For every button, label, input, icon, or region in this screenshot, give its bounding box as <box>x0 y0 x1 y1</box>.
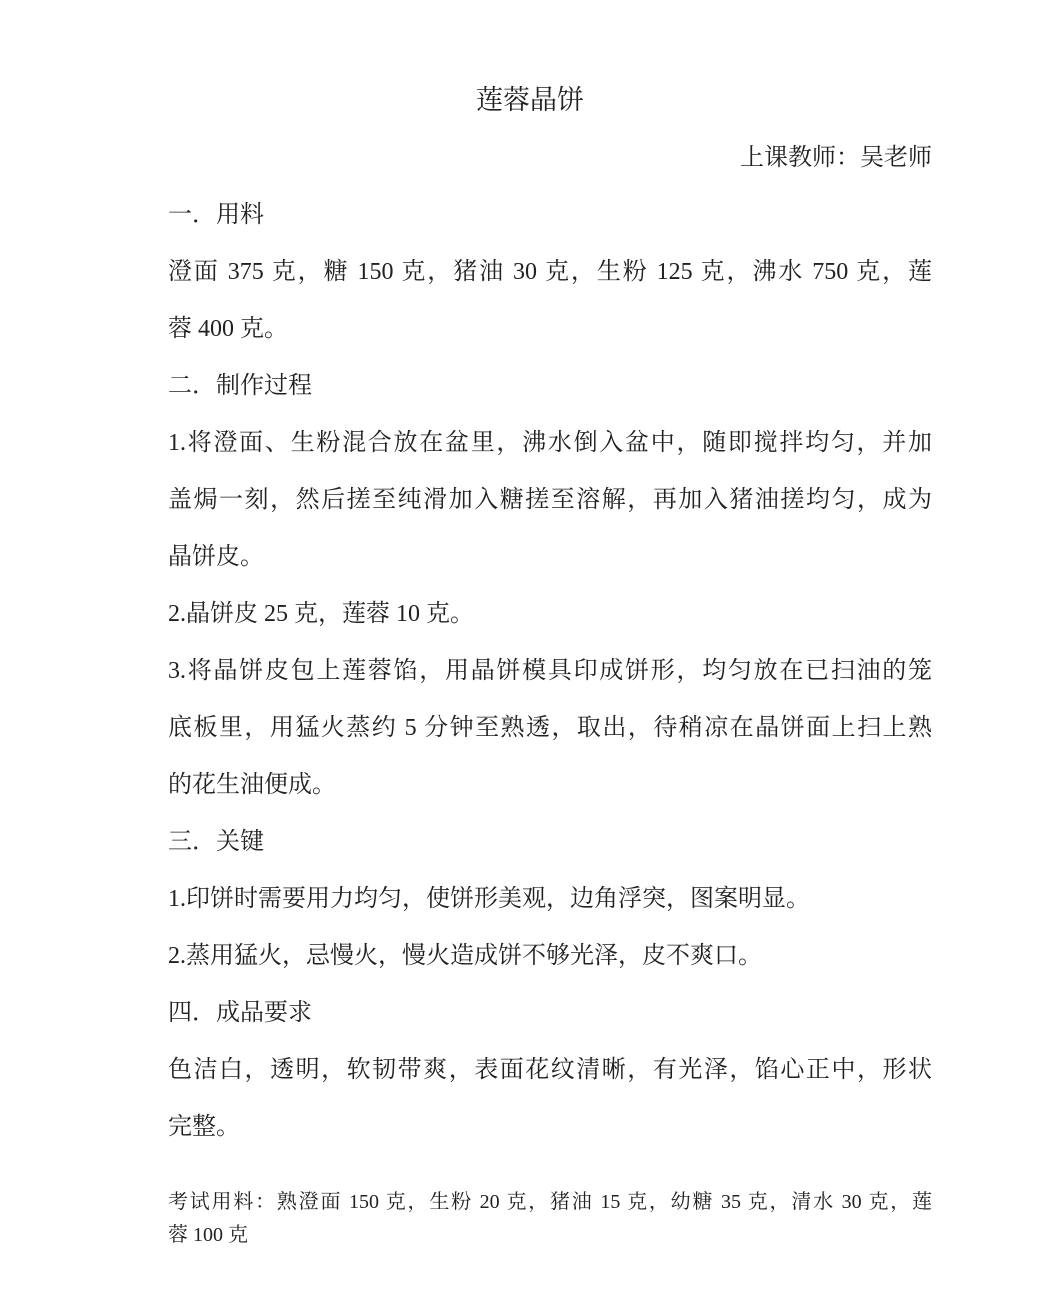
paragraph-step-1: 1.将澄面、生粉混合放在盆里，沸水倒入盆中，随即搅拌均匀，并加 盖焗一刻，然后搓… <box>168 415 932 586</box>
paragraph-key-point-1: 1.印饼时需要用力均匀，使饼形美观，边角浮突，图案明显。 <box>168 871 932 928</box>
paragraph-step-2: 2.晶饼皮 25 克，莲蓉 10 克。 <box>168 586 932 643</box>
document-page: 莲蓉晶饼 上课教师：吴老师 一．用料 澄面 375 克，糖 150 克，猪油 3… <box>0 0 1060 1289</box>
paragraph-ingredients: 澄面 375 克，糖 150 克，猪油 30 克，生粉 125 克，沸水 750… <box>168 244 932 358</box>
text-line: 完整。 <box>168 1099 932 1156</box>
text-line: 蓉 400 克。 <box>168 301 932 358</box>
paragraph-product-requirements: 色洁白，透明，软韧带爽，表面花纹清晰，有光泽，馅心正中，形状 完整。 <box>168 1042 932 1156</box>
section-heading-key-points: 三．关键 <box>168 814 932 871</box>
text-line: 的花生油便成。 <box>168 757 932 814</box>
exam-ingredients-note: 考试用料：熟澄面 150 克，生粉 20 克，猪油 15 克，幼糖 35 克，清… <box>168 1186 932 1252</box>
text-line: 底板里，用猛火蒸约 5 分钟至熟透，取出，待稍凉在晶饼面上扫上熟 <box>168 700 932 757</box>
text-line: 2.晶饼皮 25 克，莲蓉 10 克。 <box>168 586 932 643</box>
text-line: 蓉 100 克 <box>168 1219 932 1252</box>
paragraph-key-point-2: 2.蒸用猛火，忌慢火，慢火造成饼不够光泽，皮不爽口。 <box>168 928 932 985</box>
text-line: 澄面 375 克，糖 150 克，猪油 30 克，生粉 125 克，沸水 750… <box>168 244 932 301</box>
text-line: 盖焗一刻，然后搓至纯滑加入糖搓至溶解，再加入猪油搓均匀，成为 <box>168 472 932 529</box>
text-line: 1.将澄面、生粉混合放在盆里，沸水倒入盆中，随即搅拌均匀，并加 <box>168 415 932 472</box>
text-line: 2.蒸用猛火，忌慢火，慢火造成饼不够光泽，皮不爽口。 <box>168 928 932 985</box>
section-heading-product-requirements: 四．成品要求 <box>168 985 932 1042</box>
text-line: 晶饼皮。 <box>168 529 932 586</box>
text-line: 3.将晶饼皮包上莲蓉馅，用晶饼模具印成饼形，均匀放在已扫油的笼 <box>168 643 932 700</box>
section-heading-procedure: 二．制作过程 <box>168 358 932 415</box>
text-line: 考试用料：熟澄面 150 克，生粉 20 克，猪油 15 克，幼糖 35 克，清… <box>168 1186 932 1219</box>
paragraph-step-3: 3.将晶饼皮包上莲蓉馅，用晶饼模具印成饼形，均匀放在已扫油的笼 底板里，用猛火蒸… <box>168 643 932 814</box>
teacher-byline: 上课教师：吴老师 <box>168 130 932 187</box>
text-line: 1.印饼时需要用力均匀，使饼形美观，边角浮突，图案明显。 <box>168 871 932 928</box>
section-heading-ingredients: 一．用料 <box>168 187 932 244</box>
text-line: 色洁白，透明，软韧带爽，表面花纹清晰，有光泽，馅心正中，形状 <box>168 1042 932 1099</box>
document-title: 莲蓉晶饼 <box>148 70 912 130</box>
